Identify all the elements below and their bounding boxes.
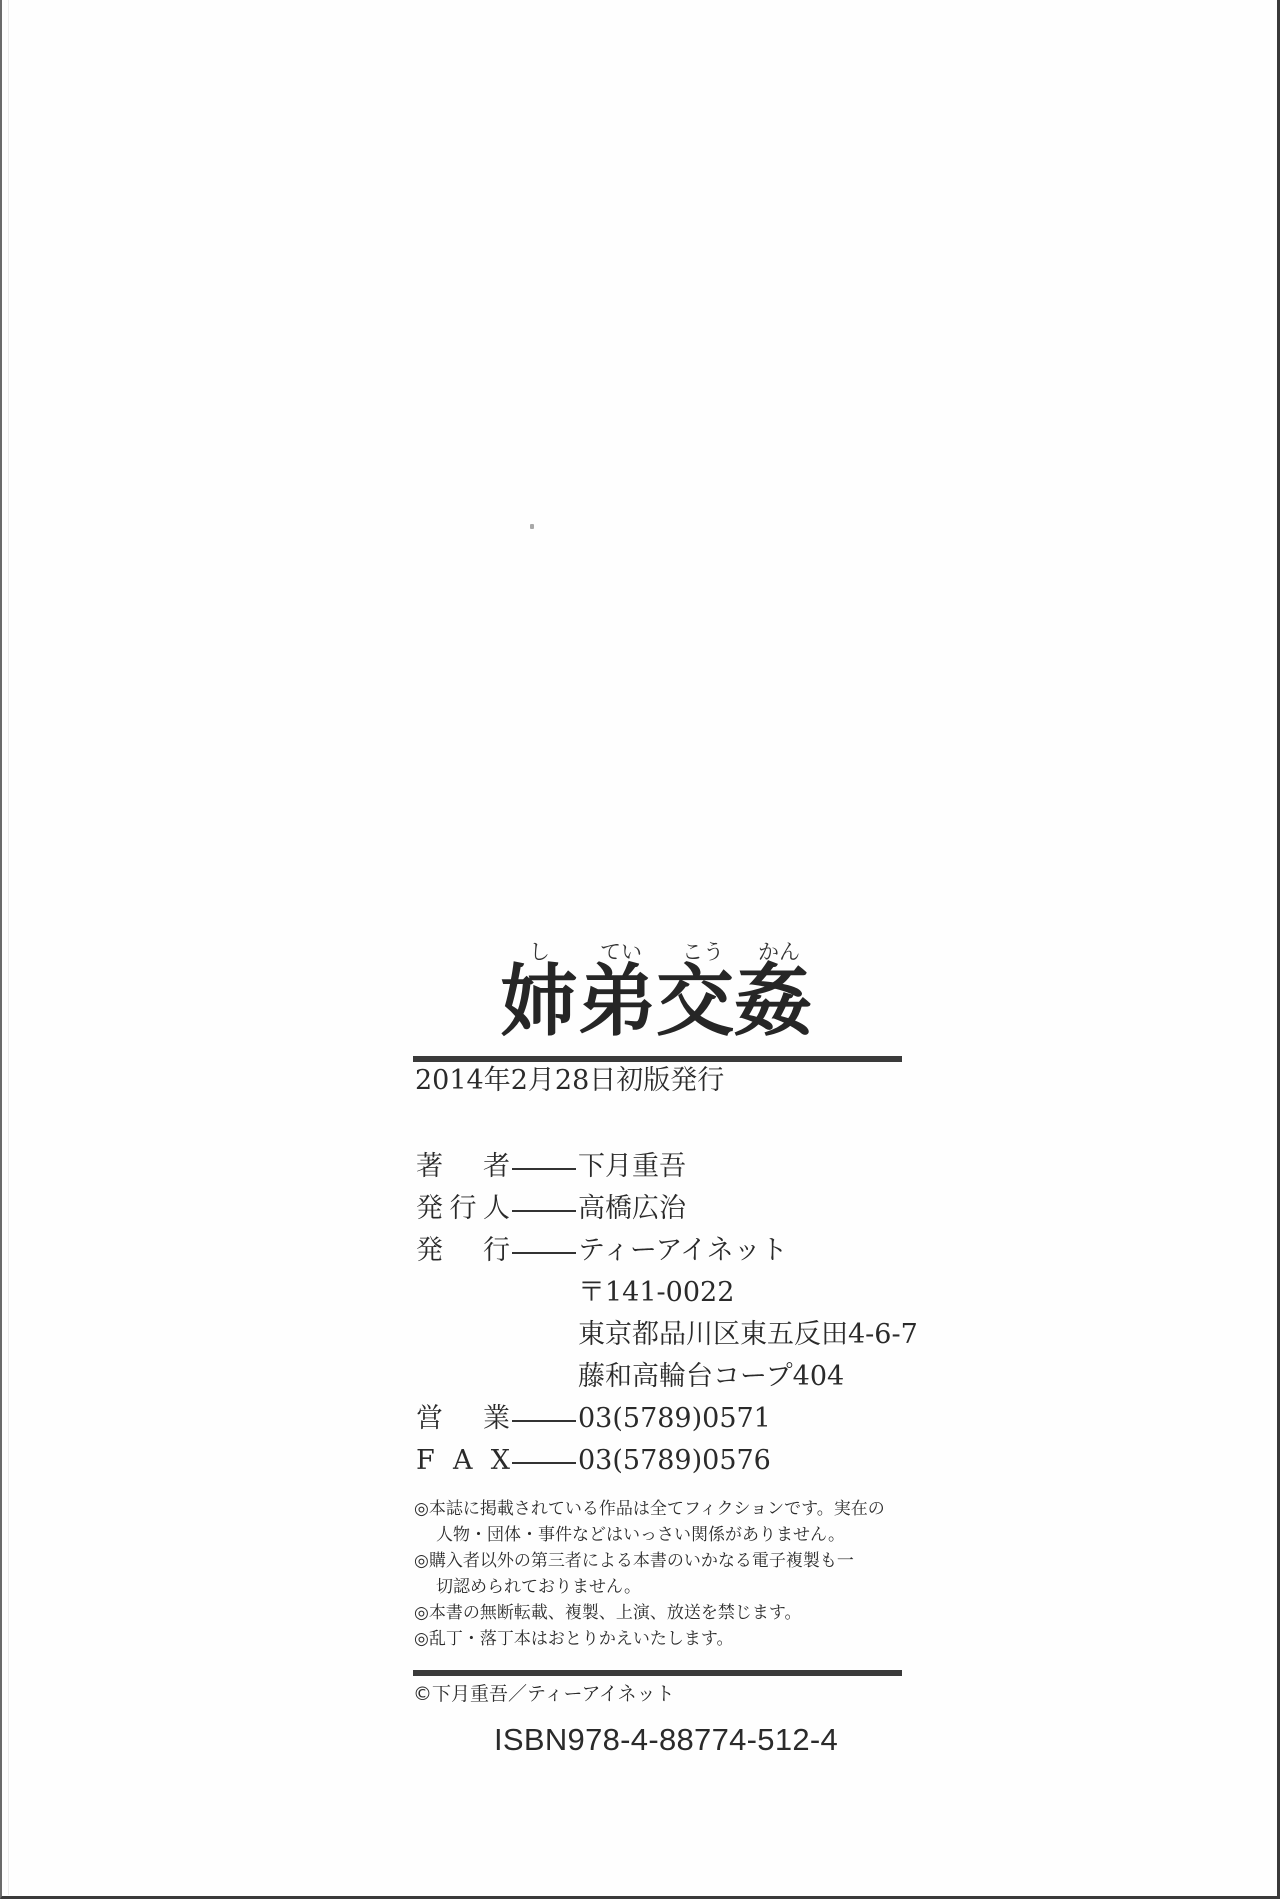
paper-speck <box>530 524 534 529</box>
book-title: 姉弟交姦 <box>500 960 830 1044</box>
bottom-rule <box>413 1670 902 1676</box>
notice-digital-copy: ◎購入者以外の第三者による本書のいかなる電子複製も一 切認められておりません。 <box>414 1548 914 1600</box>
credit-address-1: 東京都品川区東五反田4-6-7 <box>416 1315 936 1357</box>
credit-publisher: 発 行 ティーアイネット <box>416 1231 936 1273</box>
postal-code: 〒141-0022 <box>578 1273 734 1313</box>
credit-postal-code: 〒141-0022 <box>416 1273 936 1315</box>
credit-address-2: 藤和高輪台コープ404 <box>416 1357 936 1399</box>
credit-label: F A X <box>416 1441 510 1481</box>
edition-date: 2014年2月28日初版発行 <box>415 1063 724 1099</box>
credit-label: 営 業 <box>416 1399 510 1439</box>
top-rule <box>413 1056 902 1062</box>
credit-value: ティーアイネット <box>578 1231 788 1271</box>
copyright-line: ©下月重吾／ティーアイネット <box>413 1679 675 1709</box>
colophon-page: し てい こう かん 姉弟交姦 2014年2月28日初版発行 著 者 下月重吾 … <box>0 0 1280 1899</box>
page-inner-edge <box>8 0 9 1895</box>
credit-fax: F A X 03(5789)0576 <box>416 1441 936 1483</box>
fax-number: 03(5789)0576 <box>578 1441 771 1481</box>
credit-label: 発 行 <box>416 1231 510 1271</box>
credit-label: 著 者 <box>416 1147 510 1187</box>
credit-author: 著 者 下月重吾 <box>416 1147 936 1189</box>
legal-notices: ◎本誌に掲載されている作品は全てフィクションです。実在の 人物・団体・事件などは… <box>414 1496 914 1652</box>
dash-leader <box>512 1252 576 1254</box>
dash-leader <box>512 1210 576 1212</box>
notice-reproduction: ◎本書の無断転載、複製、上演、放送を禁じます。 <box>414 1600 914 1626</box>
address-line: 東京都品川区東五反田4-6-7 <box>578 1315 918 1355</box>
address-line: 藤和高輪台コープ404 <box>578 1357 844 1397</box>
isbn: ISBN978-4-88774-512-4 <box>494 1720 838 1760</box>
notice-fiction: ◎本誌に掲載されている作品は全てフィクションです。実在の 人物・団体・事件などは… <box>414 1496 914 1548</box>
credit-sales-phone: 営 業 03(5789)0571 <box>416 1399 936 1441</box>
credit-value: 下月重吾 <box>578 1147 686 1187</box>
credit-value: 高橋広治 <box>578 1189 686 1229</box>
dash-leader <box>512 1168 576 1170</box>
phone-number: 03(5789)0571 <box>578 1399 771 1439</box>
credit-publisher-person: 発 行 人 高橋広治 <box>416 1189 936 1231</box>
dash-leader <box>512 1462 576 1464</box>
notice-defects: ◎乱丁・落丁本はおとりかえいたします。 <box>414 1626 914 1652</box>
credits-list: 著 者 下月重吾 発 行 人 高橋広治 発 行 ティーアイネット 〒141-00… <box>416 1147 936 1483</box>
dash-leader <box>512 1420 576 1422</box>
credit-label: 発 行 人 <box>416 1189 510 1229</box>
